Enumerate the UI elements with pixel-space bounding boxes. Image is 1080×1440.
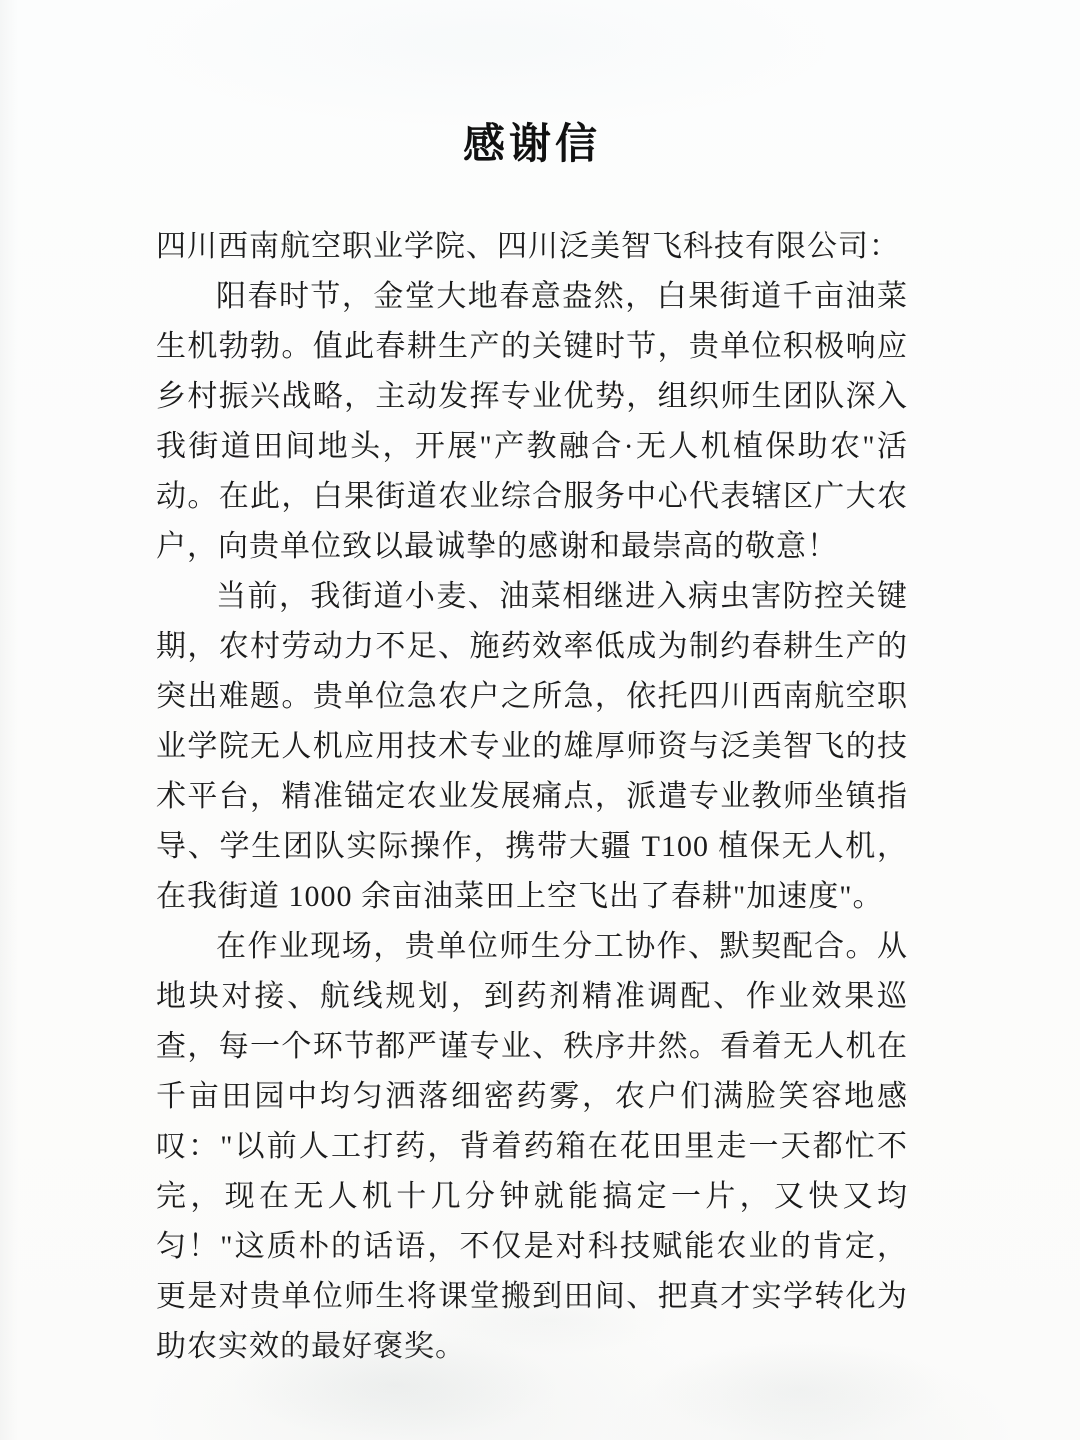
- paragraph-2: 当前，我街道小麦、油菜相继进入病虫害防控关键期，农村劳动力不足、施药效率低成为制…: [156, 572, 908, 922]
- page-title: 感谢信: [156, 0, 908, 172]
- salutation-line: 四川西南航空职业学院、四川泛美智飞科技有限公司：: [156, 222, 908, 272]
- letter-page: 感谢信 四川西南航空职业学院、四川泛美智飞科技有限公司： 阳春时节，金堂大地春意…: [0, 0, 1080, 1440]
- paragraph-3: 在作业现场，贵单位师生分工协作、默契配合。从地块对接、航线规划，到药剂精准调配、…: [156, 922, 908, 1372]
- paragraph-1: 阳春时节，金堂大地春意盎然，白果街道千亩油菜生机勃勃。值此春耕生产的关键时节，贵…: [156, 272, 908, 572]
- letter-content: 感谢信 四川西南航空职业学院、四川泛美智飞科技有限公司： 阳春时节，金堂大地春意…: [0, 0, 1080, 1372]
